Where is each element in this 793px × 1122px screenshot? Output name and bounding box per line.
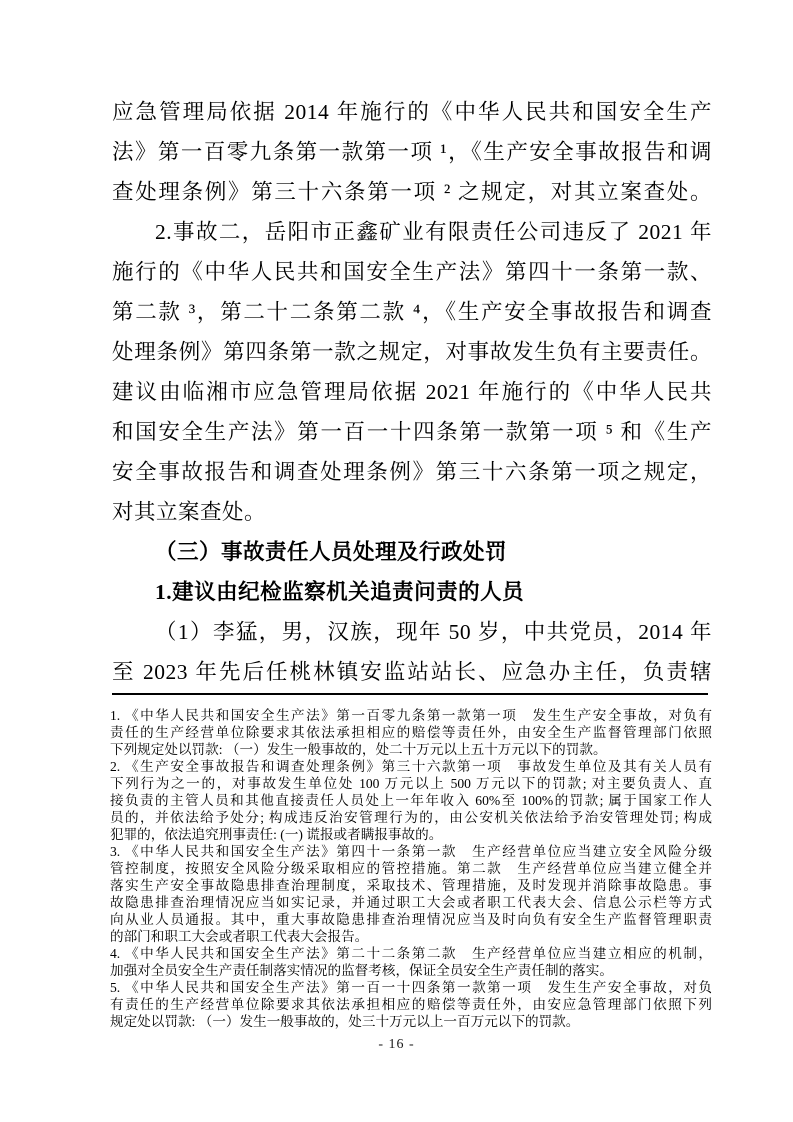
footnote-line: 规定处以罚款: （一）发生一般事故的，处三十万元以上一百万元以下的罚款。 bbox=[110, 1013, 712, 1030]
subsection-heading: 1.建议由纪检监察机关追责问责的人员 bbox=[112, 572, 712, 612]
footnote-line: 故隐患排查治理情况应当如实记录，并通过职工大会或者职工代表大会、信息公示栏等方式 bbox=[110, 894, 712, 911]
footnote-line: 加强对全员安全生产责任制落实情况的监督考核，保证全员安全生产责任制的落实。 bbox=[110, 962, 712, 979]
body-line: 至 2023 年先后任桃林镇安监站站长、应急办主任，负责辖 bbox=[112, 652, 712, 692]
footnote-line: 4. 《中华人民共和国安全生产法》第二十二条第二款 生产经营单位应当建立相应的机… bbox=[110, 945, 712, 962]
body-line: 安全事故报告和调查处理条例》第三十六条第一项之规定， bbox=[112, 452, 712, 492]
footnote-line: 员的，并依法给予处分; 构成违反治安管理行为的，由公安机关依法给予治安管理处罚;… bbox=[110, 809, 712, 826]
body-line: 2.事故二，岳阳市正鑫矿业有限责任公司违反了 2021 年 bbox=[112, 212, 712, 252]
footnote-separator bbox=[112, 693, 708, 695]
body-line: 第二款 ³，第二十二条第二款 ⁴，《生产安全事故报告和调查 bbox=[112, 292, 712, 332]
body-line: 建议由临湘市应急管理局依据 2021 年施行的《中华人民共 bbox=[112, 372, 712, 412]
body-line: 施行的《中华人民共和国安全生产法》第四十一条第一款、 bbox=[112, 252, 712, 292]
body-line: 对其立案查处。 bbox=[112, 492, 712, 532]
body-line: 查处理条例》第三十六条第一项 ² 之规定，对其立案查处。 bbox=[112, 172, 712, 212]
footnote-line: 责任的生产经营单位除要求其依法承担相应的赔偿等责任外，由安全生产监督管理部门依照 bbox=[110, 724, 712, 741]
body-line: 和国安全生产法》第一百一十四条第一款第一项 ⁵ 和《生产 bbox=[112, 412, 712, 452]
footnote-line: 下列行为之一的，对事故发生单位处 100 万元以上 500 万元以下的罚款; 对… bbox=[110, 775, 712, 792]
body-line: （1）李猛，男，汉族，现年 50 岁，中共党员，2014 年 bbox=[112, 612, 712, 652]
body-line: 处理条例》第四条第一款之规定，对事故发生负有主要责任。 bbox=[112, 332, 712, 372]
body-text: 应急管理局依据 2014 年施行的《中华人民共和国安全生产 法》第一百零九条第一… bbox=[112, 92, 712, 696]
footnote-line: 的部门和职工大会或者职工代表大会报告。 bbox=[110, 928, 712, 945]
footnote-line: 1. 《中华人民共和国安全生产法》第一百零九条第一款第一项 发生生产安全事故，对… bbox=[110, 707, 712, 724]
footnote-line: 下列规定处以罚款: （一）发生一般事故的，处二十万元以上五十万元以下的罚款。 bbox=[110, 741, 712, 758]
footnote-line: 接负责的主管人员和其他直接责任人员处上一年年收入 60%至 100%的罚款; 属… bbox=[110, 792, 712, 809]
footnote-line: 落实生产安全事故隐患排查治理制度，采取技术、管理措施，及时发现并消除事故隐患。事 bbox=[110, 877, 712, 894]
footnote-line: 有责任的生产经营单位除要求其依法承担相应的赔偿等责任外，由安应急管理部门依照下列 bbox=[110, 996, 712, 1013]
body-line: 应急管理局依据 2014 年施行的《中华人民共和国安全生产 bbox=[112, 92, 712, 132]
footnote-line: 5. 《中华人民共和国安全生产法》第一百一十四条第一款第一项 发生生产安全事故，… bbox=[110, 979, 712, 996]
section-heading: （三）事故责任人员处理及行政处罚 bbox=[112, 532, 712, 572]
document-page: 应急管理局依据 2014 年施行的《中华人民共和国安全生产 法》第一百零九条第一… bbox=[0, 0, 793, 1122]
body-line: 法》第一百零九条第一款第一项 ¹，《生产安全事故报告和调 bbox=[112, 132, 712, 172]
footnote-line: 管控制度，按照安全风险分级采取相应的管控措施。第二款 生产经营单位应当建立健全并 bbox=[110, 860, 712, 877]
footnote-line: 2. 《生产安全事故报告和调查处理条例》第三十六款第一项 事故发生单位及其有关人… bbox=[110, 758, 712, 775]
footnote-line: 向从业人员通报。其中，重大事故隐患排查治理情况应当及时向负有安全生产监督管理职责 bbox=[110, 911, 712, 928]
footnotes: 1. 《中华人民共和国安全生产法》第一百零九条第一款第一项 发生生产安全事故，对… bbox=[110, 707, 712, 1030]
page-number: - 16 - bbox=[0, 1037, 793, 1053]
footnote-line: 犯罪的，依法追究刑事责任: (一) 谎报或者瞒报事故的。 bbox=[110, 826, 712, 843]
footnote-line: 3. 《中华人民共和国安全生产法》第四十一条第一款 生产经营单位应当建立安全风险… bbox=[110, 843, 712, 860]
